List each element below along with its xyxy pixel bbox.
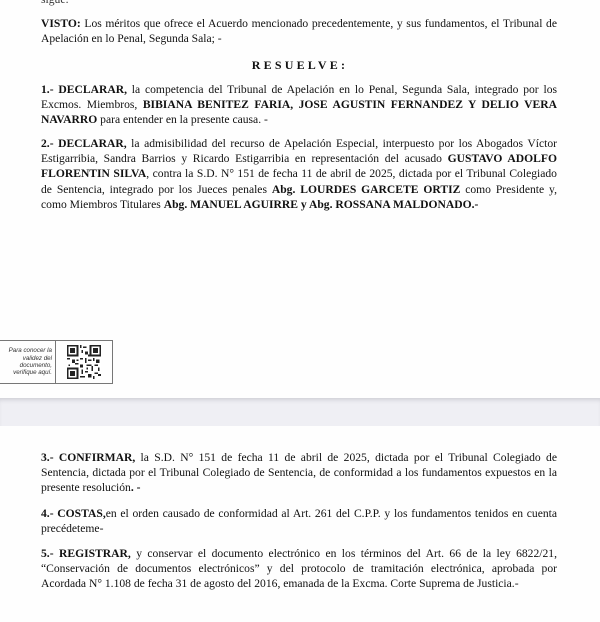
item-1-label: 1.- DECLARAR, bbox=[41, 83, 127, 96]
item-2-label: 2.- DECLARAR, bbox=[41, 137, 127, 150]
item-1-paragraph: 1.- DECLARAR, la competencia del Tribuna… bbox=[41, 82, 557, 128]
document-page-1: sigue: VISTO: Los méritos que ofrece el … bbox=[0, 0, 600, 398]
document-page-2: 3.- CONFIRMAR, la S.D. N° 151 de fecha 1… bbox=[0, 426, 600, 622]
item-3-paragraph: 3.- CONFIRMAR, la S.D. N° 151 de fecha 1… bbox=[41, 450, 557, 496]
item-2-president: Abg. LOURDES GARCETE ORTIZ bbox=[272, 183, 461, 196]
cut-off-text: sigue: bbox=[41, 0, 557, 7]
verification-notice: Para conocer la validez del documento, v… bbox=[0, 341, 56, 383]
qr-code-icon bbox=[67, 345, 101, 379]
qr-code[interactable] bbox=[56, 341, 112, 383]
visto-paragraph: VISTO: Los méritos que ofrece el Acuerdo… bbox=[41, 16, 557, 46]
item-2-members: Abg. MANUEL AGUIRRE y Abg. ROSSANA MALDO… bbox=[164, 198, 479, 211]
item-5-paragraph: 5.- REGISTRAR, y conservar el documento … bbox=[41, 546, 557, 592]
item-4-text: en el orden causado de conformidad al Ar… bbox=[41, 507, 557, 535]
item-2-paragraph: 2.- DECLARAR, la admisibilidad del recur… bbox=[41, 136, 557, 212]
visto-text: Los méritos que ofrece el Acuerdo mencio… bbox=[41, 17, 557, 45]
item-3-label: 3.- CONFIRMAR, bbox=[41, 451, 135, 464]
item-4-paragraph: 4.- COSTAS,en el orden causado de confor… bbox=[41, 506, 557, 536]
resuelve-heading: RESUELVE: bbox=[0, 58, 600, 73]
page-separator bbox=[0, 398, 600, 427]
document-verification-box: Para conocer la validez del documento, v… bbox=[0, 340, 113, 384]
visto-label: VISTO: bbox=[41, 17, 81, 30]
verification-notice-text: Para conocer la validez del documento, v… bbox=[0, 347, 52, 377]
item-3-end: . - bbox=[131, 481, 141, 494]
item-1-text-end: para entender en la presente causa. - bbox=[97, 113, 268, 126]
item-4-label: 4.- COSTAS, bbox=[41, 507, 106, 520]
item-5-label: 5.- REGISTRAR, bbox=[41, 547, 131, 560]
